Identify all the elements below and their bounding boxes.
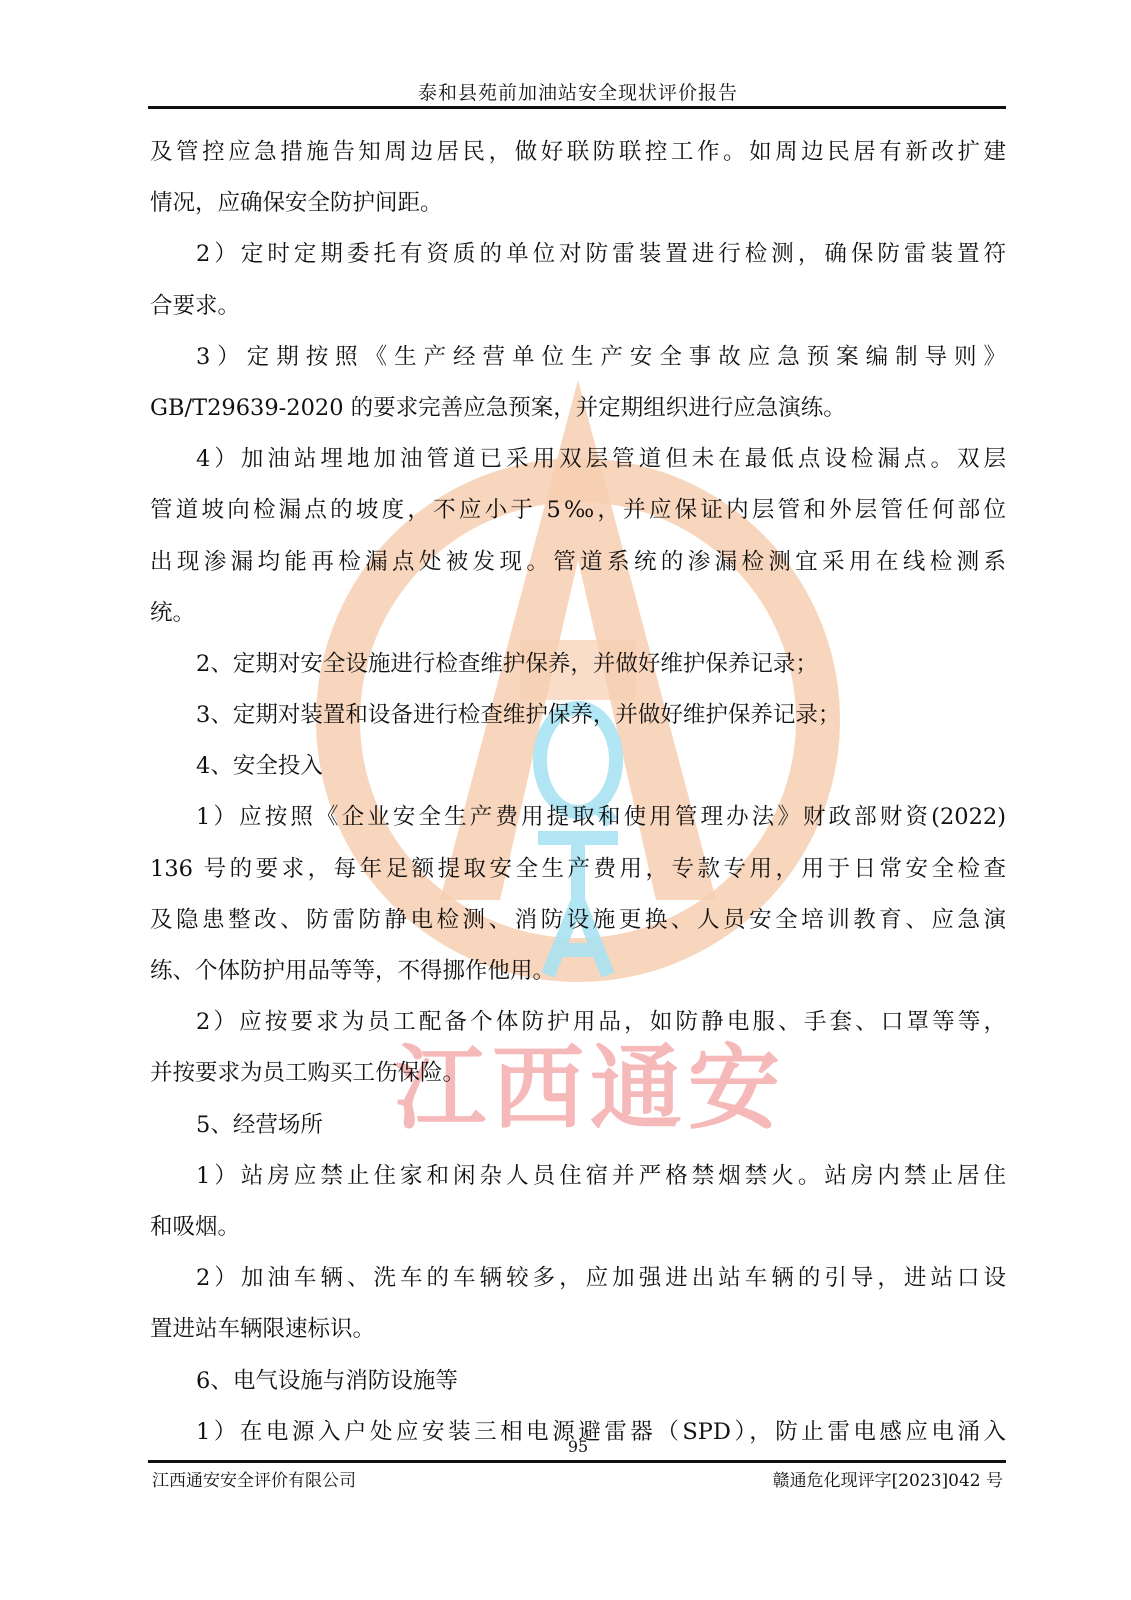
text-line: 统。 (150, 588, 1006, 639)
report-body: 及管控应急措施告知周边居民，做好联防联控工作。如周边民居有新改扩建情况，应确保安… (150, 127, 1006, 1458)
text-line: 合要求。 (150, 281, 1006, 332)
text-line: 情况，应确保安全防护间距。 (150, 178, 1006, 229)
text-line: GB/T29639-2020 的要求完善应急预案，并定期组织进行应急演练。 (150, 383, 1006, 434)
text-line: 管道坡向检漏点的坡度，不应小于 5‰，并应保证内层管和外层管任何部位 (150, 485, 1006, 536)
footer-company-name: 江西通安安全评价有限公司 (152, 1466, 356, 1491)
report-header-title: 泰和县苑前加油站安全现状评价报告 (150, 78, 1006, 105)
footer-document-number: 赣通危化现评字[2023]042 号 (773, 1466, 1003, 1491)
text-line: 及管控应急措施告知周边居民，做好联防联控工作。如周边民居有新改扩建 (150, 127, 1006, 178)
text-line: 出现渗漏均能再检漏点处被发现。管道系统的渗漏检测宜采用在线检测系 (150, 537, 1006, 588)
text-line: 6、电气设施与消防设施等 (150, 1356, 1006, 1407)
text-line: 4、安全投入 (150, 741, 1006, 792)
page-number: 95 (150, 1437, 1006, 1456)
text-line: 并按要求为员工购买工伤保险。 (150, 1048, 1006, 1099)
text-line: 3、定期对装置和设备进行检查维护保养，并做好维护保养记录； (150, 690, 1006, 741)
text-line: 2）加油车辆、洗车的车辆较多，应加强进出站车辆的引导，进站口设 (150, 1253, 1006, 1304)
document-page: 江西通安 泰和县苑前加油站安全现状评价报告 及管控应急措施告知周边居民，做好联防… (0, 0, 1131, 1600)
text-line: 5、经营场所 (150, 1100, 1006, 1151)
text-line: 和吸烟。 (150, 1202, 1006, 1253)
text-line: 2）应按要求为员工配备个体防护用品，如防静电服、手套、口罩等等， (150, 997, 1006, 1048)
header-divider (148, 106, 1006, 109)
text-line: 136 号的要求，每年足额提取安全生产费用，专款专用，用于日常安全检查 (150, 844, 1006, 895)
text-line: 练、个体防护用品等等，不得挪作他用。 (150, 946, 1006, 997)
text-line: 1）应按照《企业安全生产费用提取和使用管理办法》财政部财资(2022) (150, 792, 1006, 843)
text-line: 2、定期对安全设施进行检查维护保养，并做好维护保养记录； (150, 639, 1006, 690)
text-line: 4）加油站埋地加油管道已采用双层管道但未在最低点设检漏点。双层 (150, 434, 1006, 485)
text-line: 2）定时定期委托有资质的单位对防雷装置进行检测，确保防雷装置符 (150, 229, 1006, 280)
text-line: 置进站车辆限速标识。 (150, 1304, 1006, 1355)
footer-divider (148, 1460, 1006, 1463)
text-line: 及隐患整改、防雷防静电检测、消防设施更换、人员安全培训教育、应急演 (150, 895, 1006, 946)
text-line: 1）站房应禁止住家和闲杂人员住宿并严格禁烟禁火。站房内禁止居住 (150, 1151, 1006, 1202)
text-line: 3）定期按照《生产经营单位生产安全事故应急预案编制导则》 (150, 332, 1006, 383)
